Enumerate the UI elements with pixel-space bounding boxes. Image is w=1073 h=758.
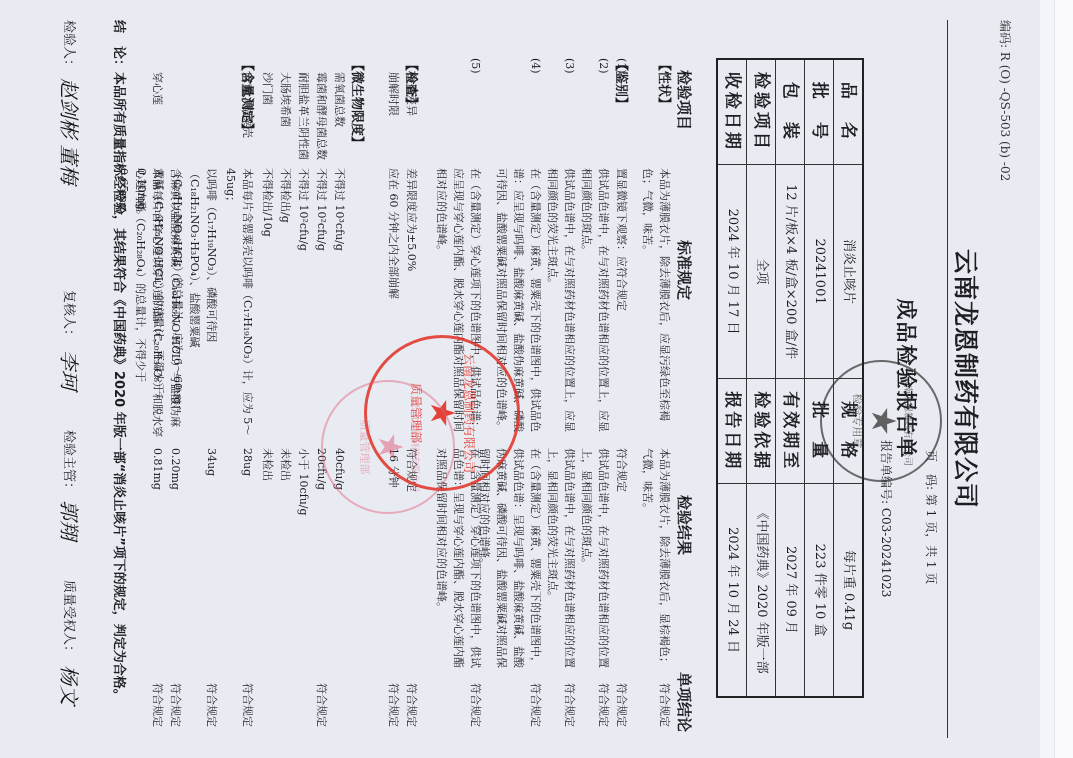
row-result: 20cfu/g [313,448,330,668]
info-label: 批 号 [805,59,834,164]
row-item: 穿心莲 [149,58,166,182]
row-result: 符合规定 [613,448,630,668]
row-conclusion: 符合规定 [149,683,166,743]
row-result: 0.81mg [149,448,166,668]
info-value: 每片重 0.41g [834,484,864,697]
row-item: 崩解时限 [385,58,402,182]
info-label: 检验依据 [747,379,776,484]
scanned-page: 编码: R (O) -QS-503 (b) -02 云南龙恩制药有限公司 页 码… [0,0,1040,758]
row-conclusion: 符合规定 [656,683,673,743]
info-label: 包 装 [776,59,805,164]
row-standard: 不得过 10²cfu/g [313,168,330,438]
row-item: 沙门菌 [259,58,276,182]
page-number: 页 码: 第 1 页，共 1 页 [921,450,940,584]
info-row: 批 号20241001批 量223 件零 10 盒 [805,59,834,697]
row-conclusion: 符合规定 [313,683,330,743]
row-result: 本品为薄膜衣片，除去薄膜衣后，显棕褐色；气微，味苦。 [639,448,673,668]
info-value: 消炎止咳片 [834,164,864,379]
info-row: 收检日期2024 年 10 月 17 日报告日期2024 年 10 月 24 日 [717,59,747,697]
qa-signature: 杨文 [53,665,84,705]
row-item: 耐胆盐革兰阴性菌 [295,58,312,182]
company-name: 云南龙恩制药有限公司 [945,0,984,758]
info-label: 检验项目 [747,59,776,164]
inspector-label: 检验人： [58,20,78,72]
info-table: 品 名消炎止咳片规 格每片重 0.41g批 号20241001批 量223 件零… [716,58,864,698]
row-item: 需氧菌总数 [331,58,348,182]
reviewer-signature: 李珂 [53,350,84,390]
info-label: 规 格 [834,379,864,484]
row-item: (1) [613,58,630,168]
info-value: 2024 年 10 月 17 日 [717,164,747,379]
row-result: 未检出 [277,448,294,668]
info-value: 全项 [747,164,776,379]
row-conclusion: 符合规定 [239,683,256,743]
row-result: 28ug [239,448,256,668]
row-standard: 置显微镜下观察：应符合规定 [613,168,630,438]
row-conclusion: 符合规定 [385,683,402,743]
row-standard: 供试品色谱中，在与对照药材色谱相应的位置上，应显相同颜色的荧光主斑点。 [544,168,578,438]
info-value: 2024 年 10 月 24 日 [717,484,747,697]
inspection-report: 编码: R (O) -QS-503 (b) -02 云南龙恩制药有限公司 页 码… [0,0,1040,758]
row-conclusion: 符合规定 [167,683,184,743]
scan-edge [1054,0,1073,758]
info-row: 包 装12 片/板×4 板/盒×200 盒/件有效期至2027 年 09 月 [776,59,805,697]
row-item: (3) [561,58,578,168]
row-item: (5) [467,58,484,168]
qa-label: 质量受权人： [58,580,78,658]
row-result: 0.20mg [167,448,184,668]
column-header-result: 检验结果 [672,495,695,555]
info-label: 收检日期 [717,59,747,164]
supervisor-signature: 郭翔 [53,500,84,540]
inspector-signature: 赵剑彬 董梅 [53,78,84,184]
row-item: 重量差异 [403,58,420,182]
row-result: 供试品色谱中，在与对照药材色谱相应的位置上，显相同颜色的斑点。 [578,448,612,668]
row-standard: 不得检出/10g [259,168,276,438]
column-header-item: 检验项目 [672,70,695,130]
row-result: 小于 10cfu/g [295,448,312,668]
row-standard: 不得过 10²cfu/g [295,168,312,438]
row-item: 霉菌和酵母菌总数 [313,58,330,182]
info-label: 批 量 [805,379,834,484]
info-row: 检验项目全项检验依据《中国药典》2020 年版一部 [747,59,776,697]
column-header-conclusion: 单项结论 [672,672,695,732]
row-conclusion: 符合规定 [595,683,612,743]
row-item: (4) [527,58,544,168]
info-value: 《中国药典》2020 年版一部 [747,484,776,697]
row-conclusion: 符合规定 [203,683,220,743]
info-label: 品 名 [834,59,864,164]
row-standard: 不得检出/g [277,168,294,438]
info-value: 223 件零 10 盒 [805,484,834,697]
row-result: 在（含量测定）麻黄、罂粟壳下的色谱图中，供试品色谱：呈现与吗啡、盐酸麻黄碱、盐酸… [476,448,544,668]
row-result: 34ug [203,448,220,668]
row-conclusion: 符合规定 [613,683,630,743]
section-traits: 【性状】 [653,58,673,110]
info-value: 12 片/板×4 板/盒×200 盒/件 [776,164,805,379]
faded-stamp: 云南龙恩制药有限公司 ★ 质量管理部 [321,380,455,514]
document-code: 编码: R (O) -QS-503 (b) -02 [995,20,1014,181]
info-label: 有效期至 [776,379,805,484]
info-value: 20241001 [805,164,834,379]
row-conclusion: 符合规定 [527,683,544,743]
row-standard: 本品为薄膜衣片，除去薄膜衣后，应显污绿色至棕褐色；气微，味苦。 [639,168,673,438]
star-icon: ★ [866,406,900,436]
row-conclusion: 符合规定 [403,683,420,743]
info-value: 2027 年 09 月 [776,484,805,697]
info-label: 报告日期 [717,379,747,484]
row-conclusion: 符合规定 [467,683,484,743]
header-rule [947,20,948,738]
star-icon: ★ [373,432,407,462]
stamp-text: 质量管理部 [356,420,373,475]
final-conclusion: 结 论：本品所有质量指标经检验，其结果符合《中国药典》2020 年版一部“消炎止… [109,20,129,740]
column-header-standard: 标准规定 [672,240,695,300]
row-item: 麻黄、罂粟壳 [239,58,256,182]
row-item: 大肠埃希菌 [277,58,294,182]
reviewer-label: 复核人： [58,290,78,342]
row-standard: 供试品色谱中，在与对照药材色谱相应的位置上，应显相同颜色的斑点。 [578,168,612,438]
row-standard: 本品每片含罂粟壳以吗啡（C₁₇H₁₉NO₃）计，应为 5～45ug； [222,168,256,438]
row-conclusion: 符合规定 [561,683,578,743]
info-row: 品 名消炎止咳片规 格每片重 0.41g [834,59,864,697]
row-result: 未检出 [259,448,276,668]
supervisor-label: 检验主管： [58,430,78,495]
row-result: 供试品色谱中，在与对照药材色谱相应的位置上，显相同颜色的荧光主斑点。 [544,448,578,668]
row-item: (2) [595,58,612,168]
section-microbial: 【微生物限度】 [346,58,366,149]
